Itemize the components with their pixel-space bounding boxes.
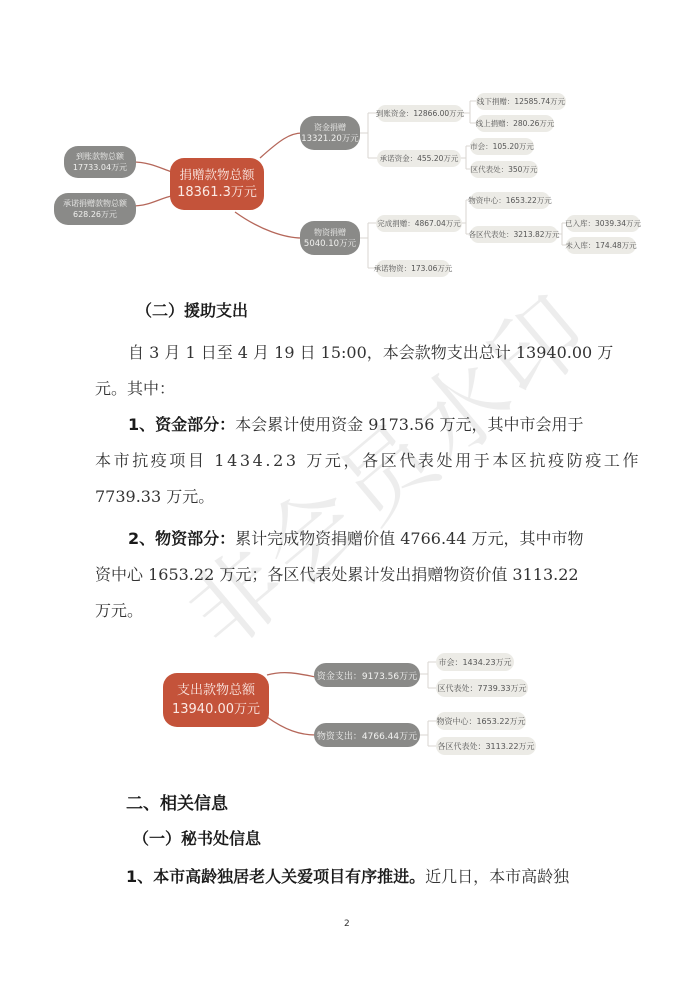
node-value: 5040.10万元	[304, 238, 356, 250]
completed-donation-node: 完成捐赠：4867.04万元	[376, 215, 462, 232]
district-office-node: 区代表处：7739.33万元	[436, 679, 528, 697]
paragraph-line: 自 3 月 1 日至 4 月 19 日 15:00，本会款物支出总计 13940…	[128, 340, 613, 363]
district-office-node: 区代表处：350万元	[470, 161, 538, 178]
root-value: 13940.00万元	[172, 700, 260, 719]
root-title: 捐赠款物总额	[179, 166, 254, 184]
section-heading: 二、相关信息	[126, 789, 228, 814]
stored-node: 已入库：3039.34万元	[566, 215, 640, 232]
not-stored-node: 未入库：174.48万元	[566, 237, 636, 254]
districts-node: 各区代表处：3213.82万元	[470, 226, 558, 243]
paragraph-line: 7739.33 万元。	[95, 484, 214, 507]
node-value: 628.26万元	[73, 209, 117, 220]
root-title: 支出款物总额	[177, 681, 255, 700]
page-number: 2	[344, 919, 350, 929]
node-value: 13321.20万元	[301, 133, 359, 145]
received-total-node: 到账款物总额 17733.04万元	[64, 146, 136, 178]
paragraph-line: 万元。	[95, 598, 143, 621]
online-donation-node: 线上捐赠：280.26万元	[476, 115, 554, 132]
funds-donation-node: 资金捐赠 13321.20万元	[300, 116, 360, 150]
pledged-funds-node: 承诺资金：455.20万元	[377, 150, 461, 167]
node-title: 资金捐赠	[314, 122, 346, 133]
node-value: 17733.04万元	[73, 162, 127, 173]
districts-node: 各区代表处：3113.22万元	[436, 737, 536, 755]
section-heading: （二）援助支出	[136, 298, 248, 321]
offline-donation-node: 线下捐赠：12585.74万元	[476, 93, 566, 110]
node-title: 物资捐赠	[314, 227, 346, 238]
goods-donation-node: 物资捐赠 5040.10万元	[300, 221, 360, 255]
item-text: 累计完成物资捐赠价值 4766.44 万元，其中市物	[235, 529, 583, 548]
city-branch-node: 市会：105.20万元	[470, 138, 534, 155]
document-page: 非会员水印 到账款物总额 17733.04万元 承诺捐赠款物总额 628.26万…	[0, 0, 700, 990]
info-item1: 1、本市高龄独居老人关爱项目有序推进。近几日，本市高龄独	[126, 864, 569, 887]
received-funds-node: 到账资金：12866.00万元	[377, 105, 463, 122]
pledged-goods-node: 承诺物资：173.06万元	[376, 260, 450, 277]
paragraph-line: 资中心 1653.22 万元；各区代表处累计发出捐赠物资价值 3113.22	[95, 562, 579, 585]
paragraph-line: 本市抗疫项目 1434.23 万元，各区代表处用于本区抗疫防疫工作	[95, 448, 641, 471]
item2-line1: 2、物资部分：累计完成物资捐赠价值 4766.44 万元，其中市物	[128, 526, 583, 549]
node-title: 承诺捐赠款物总额	[63, 198, 127, 209]
pledged-total-node: 承诺捐赠款物总额 628.26万元	[54, 193, 136, 225]
item1-line1: 1、资金部分：本会累计使用资金 9173.56 万元，其中市会用于	[128, 412, 583, 435]
city-branch-node: 市会：1434.23万元	[436, 653, 514, 671]
item-text: 本会累计使用资金 9173.56 万元，其中市会用于	[235, 415, 583, 434]
node-title: 到账款物总额	[76, 151, 124, 162]
donation-total-root: 捐赠款物总额 18361.3万元	[170, 158, 264, 210]
supply-center-node: 物资中心：1653.22万元	[470, 192, 550, 209]
item-label: 2、物资部分：	[128, 529, 235, 548]
item-label: 1、资金部分：	[128, 415, 235, 434]
item-text: 近几日，本市高龄独	[425, 867, 569, 886]
goods-expenditure-node: 物资支出：4766.44万元	[314, 723, 420, 747]
expenditure-total-root: 支出款物总额 13940.00万元	[163, 673, 269, 727]
subsection-heading: （一）秘书处信息	[133, 826, 261, 849]
supply-center-node: 物资中心：1653.22万元	[436, 712, 526, 730]
item-label: 1、本市高龄独居老人关爱项目有序推进。	[126, 867, 425, 886]
paragraph-line: 元。其中：	[95, 376, 175, 399]
funds-expenditure-node: 资金支出：9173.56万元	[314, 663, 420, 687]
root-value: 18361.3万元	[177, 184, 257, 202]
